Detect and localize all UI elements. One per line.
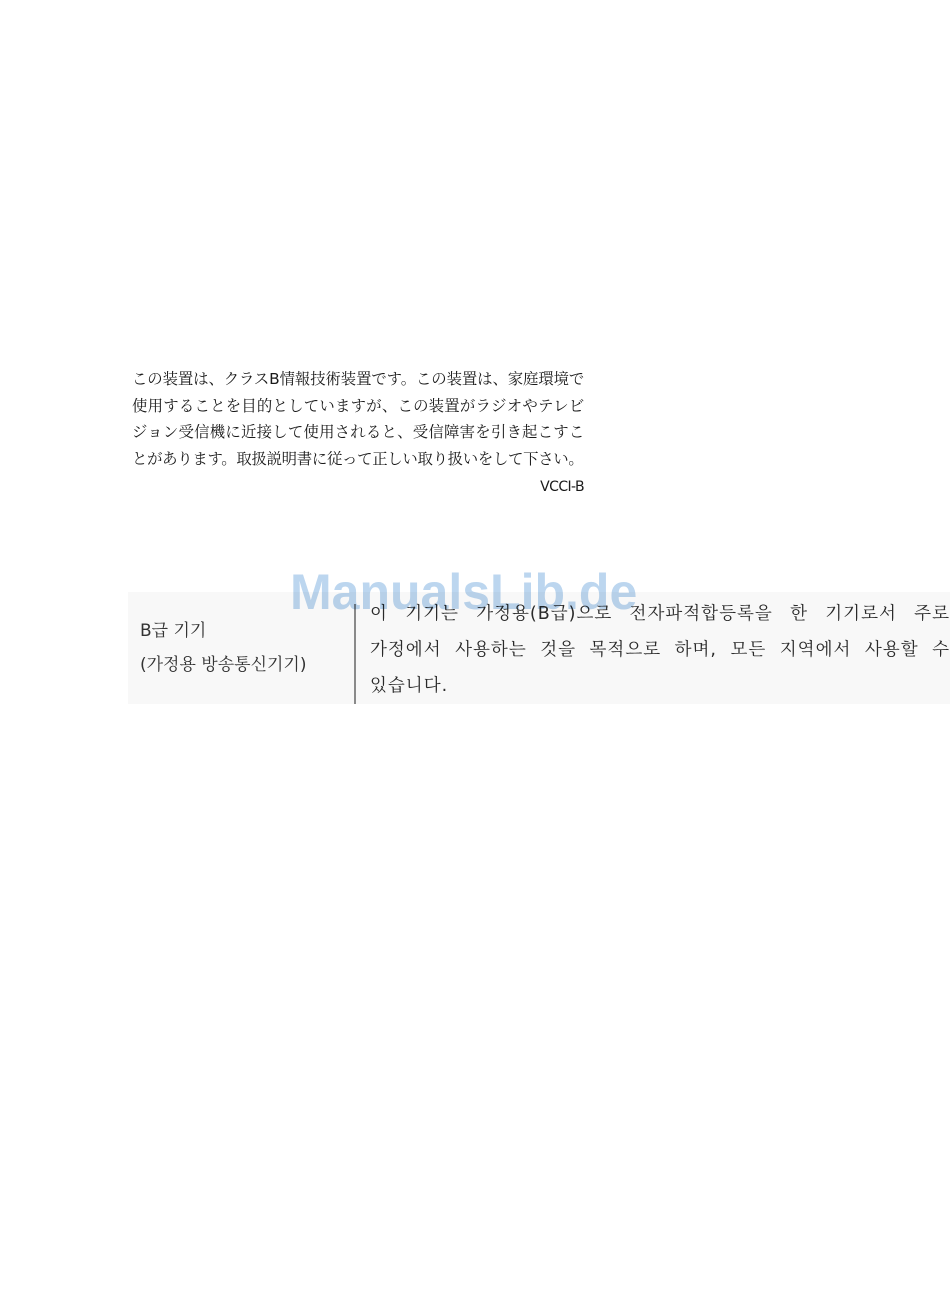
korean-class-label: B급 기기 [140,614,354,648]
korean-emc-notice: B급 기기 (가정용 방송통신기기) 이 기기는 가정용(B급)으로 전자파적합… [128,592,950,704]
vcci-notice: この装置は、クラスB情報技術装置です。この装置は、家庭環境で使用することを目的と… [132,366,584,497]
korean-class-column: B급 기기 (가정용 방송통신기기) [128,592,354,704]
vcci-code: VCCI-B [132,477,584,497]
vcci-paragraph: この装置は、クラスB情報技術装置です。この装置は、家庭環境で使用することを目的と… [132,366,584,472]
korean-class-description: (가정용 방송통신기기) [140,648,354,682]
korean-notice-body: 이 기기는 가정용(B급)으로 전자파적합등록을 한 기기로서 주로 가정에서 … [356,592,950,704]
